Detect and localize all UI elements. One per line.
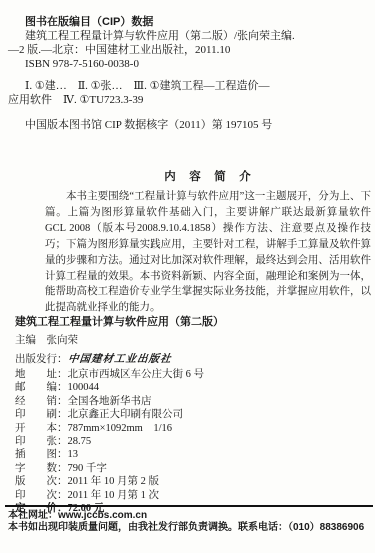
colophon-row-sheets: 印 张：28.75 <box>15 435 369 448</box>
colophon-editor-line: 主编 张向荣 <box>15 333 369 348</box>
row-label: 字 数： <box>15 462 68 475</box>
row-value: 北京市西城区车公庄大街 6 号 <box>68 369 205 380</box>
footer-section: 本社网址：www.jccbs.com.cn 本书如出现印装质量问题，由我社发行部… <box>8 510 371 533</box>
cip-edition-line: —2 版.—北京：中国建材工业出版社，2011.10 <box>8 43 369 57</box>
row-value: 787mm×1092mm 1/16 <box>68 423 173 434</box>
colophon-row-address: 地 址：北京市西城区车公庄大街 6 号 <box>15 368 369 381</box>
row-label: 印 张： <box>15 435 68 448</box>
row-label: 印 刷： <box>15 408 68 421</box>
row-label: 开 本： <box>15 422 68 435</box>
colophon-row-publisher: 出版发行：中国建材工业出版社 <box>15 352 369 367</box>
publisher-label: 出版发行： <box>15 352 68 367</box>
row-label: 插 图： <box>15 448 68 461</box>
colophon-row-wordcount: 字 数：790 千字 <box>15 462 369 475</box>
cip-isbn-line: ISBN 978-7-5160-0038-0 <box>25 57 369 71</box>
row-value: 28.75 <box>68 436 92 447</box>
row-value: 2011 年 10 月第 1 次 <box>68 490 160 501</box>
cip-number-line: 中国版本图书馆 CIP 数据核字（2011）第 197105 号 <box>25 118 369 132</box>
footer-notice-line: 本书如出现印装质量问题，由我社发行部负责调换。联系电话：（010）8838690… <box>8 522 371 534</box>
colophon-row-postcode: 邮 编：100044 <box>15 381 369 394</box>
publisher-name: 中国建材工业出版社 <box>67 352 172 367</box>
row-label: 地 址： <box>15 368 68 381</box>
row-value: 北京鑫正大印刷有限公司 <box>68 409 184 420</box>
cip-classification-line-2: 应用软件 Ⅳ. ①TU723.3-39 <box>8 93 369 107</box>
colophon-row-illustrations: 插 图：13 <box>15 448 369 461</box>
abstract-body: 本书主要围绕“工程量计算与软件应用”这一主题展开，分为上、下篇。上篇为图形算量软… <box>45 189 371 316</box>
cip-title-line: 建筑工程工程量计算与软件应用（第二版）/张向荣主编. <box>25 29 369 43</box>
colophon-row-distribution: 经 销：全国各地新华书店 <box>15 395 369 408</box>
colophon-row-edition: 版 次：2011 年 10 月第 2 版 <box>15 475 369 488</box>
colophon-row-printer: 印 刷：北京鑫正大印刷有限公司 <box>15 408 369 421</box>
abstract-section: 内 容 简 介 本书主要围绕“工程量计算与软件应用”这一主题展开，分为上、下篇。… <box>45 168 371 316</box>
footer-website-line: 本社网址：www.jccbs.com.cn <box>8 510 371 522</box>
row-value: 13 <box>68 449 79 460</box>
row-value: 790 千字 <box>68 463 107 474</box>
abstract-heading: 内 容 简 介 <box>45 168 371 184</box>
colophon-section: 建筑工程工程量计算与软件应用（第二版） 主编 张向荣 出版发行：中国建材工业出版… <box>15 315 369 515</box>
row-label: 经 销： <box>15 395 68 408</box>
cip-data-block: 图书在版编目（CIP）数据 建筑工程工程量计算与软件应用（第二版）/张向荣主编.… <box>8 15 369 132</box>
row-value: 全国各地新华书店 <box>68 396 152 407</box>
cip-classification-line-1: Ⅰ. ①建… Ⅱ. ①张… Ⅲ. ①建筑工程—工程造价— <box>25 79 369 93</box>
copyright-page: 图书在版编目（CIP）数据 建筑工程工程量计算与软件应用（第二版）/张向荣主编.… <box>0 0 375 553</box>
cip-header: 图书在版编目（CIP）数据 <box>25 15 369 29</box>
row-value: 2011 年 10 月第 2 版 <box>68 476 160 487</box>
row-value: 100044 <box>68 382 100 393</box>
row-label: 印 次： <box>15 489 68 502</box>
row-label: 版 次： <box>15 475 68 488</box>
colophon-book-title: 建筑工程工程量计算与软件应用（第二版） <box>15 315 369 330</box>
footer-divider <box>5 505 373 507</box>
colophon-row-printing: 印 次：2011 年 10 月第 1 次 <box>15 489 369 502</box>
colophon-row-format: 开 本：787mm×1092mm 1/16 <box>15 422 369 435</box>
row-label: 邮 编： <box>15 381 68 394</box>
